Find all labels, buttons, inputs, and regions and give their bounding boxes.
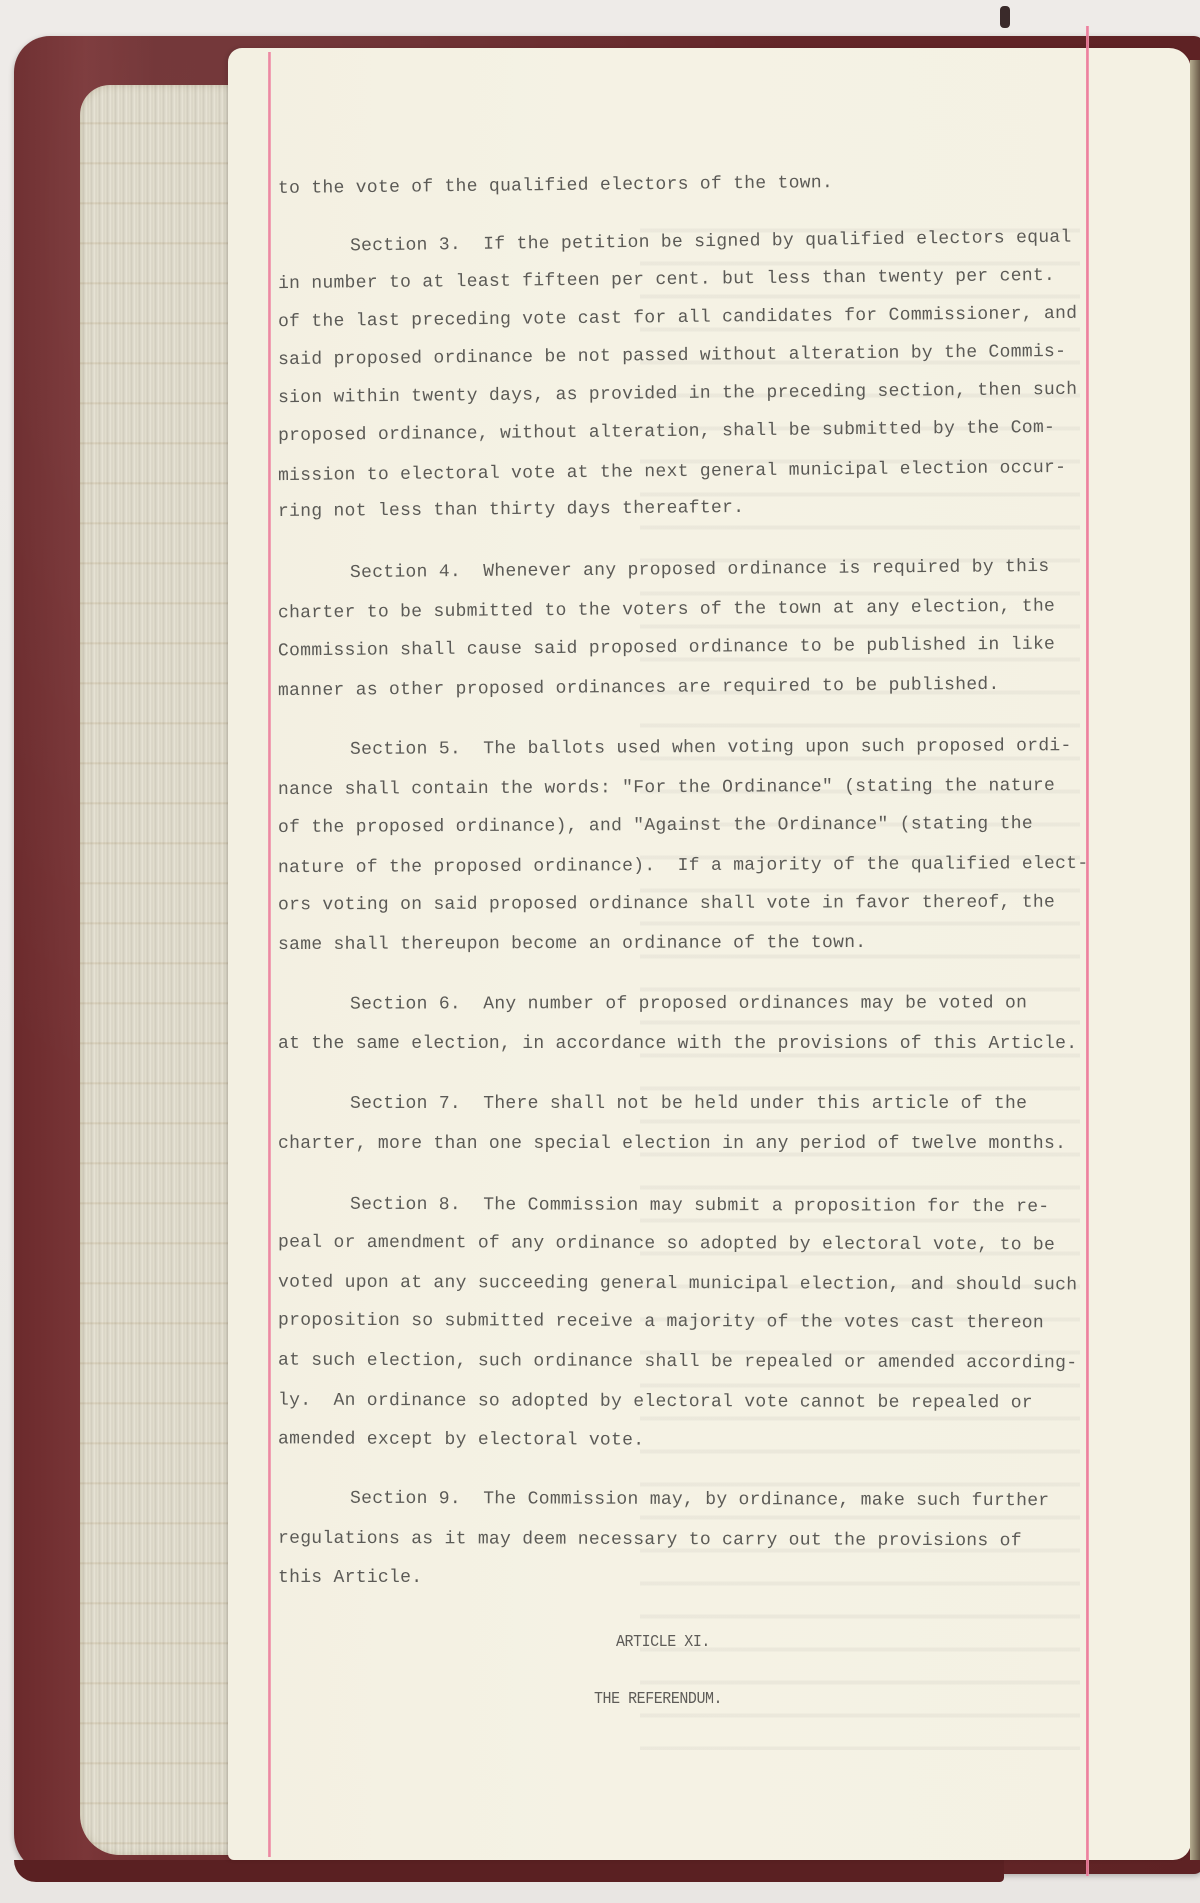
section-7-first-line: Section 7. There shall not be held under… [350, 1094, 1027, 1114]
text-line: regulations as it may deem necessary to … [278, 1529, 1022, 1552]
cover-bottom-edge [14, 1860, 1004, 1882]
text-line: ring not less than thirty days thereafte… [278, 498, 744, 522]
text-line: charter, more than one special election … [278, 1134, 1066, 1154]
text-line: nance shall contain the words: "For the … [278, 776, 1055, 800]
text-line: this Article. [278, 1568, 422, 1588]
section-8-first-line: Section 8. The Commission may submit a p… [350, 1195, 1049, 1217]
right-margin-rule [1086, 26, 1089, 1876]
section-5-first-line: Section 5. The ballots used when voting … [350, 736, 1072, 760]
section-6-first-line: Section 6. Any number of proposed ordina… [350, 993, 1027, 1014]
text-line: amended except by electoral vote. [278, 1429, 644, 1450]
text-line: peal or amendment of any ordinance so ad… [278, 1233, 1055, 1256]
text-line: at such election, such ordinance shall b… [278, 1351, 1077, 1374]
text-line: nature of the proposed ordinance). If a … [278, 854, 1089, 878]
text-line: same shall thereupon become an ordinance… [278, 933, 866, 955]
text-line: ors voting on said proposed ordinance sh… [278, 893, 1055, 916]
article-title: THE REFERENDUM. [594, 1690, 722, 1709]
left-margin-rule [268, 52, 271, 1857]
right-page-edge [1190, 60, 1200, 1860]
text-line: voted upon at any succeeding general mun… [278, 1273, 1077, 1296]
text-line: proposition so submitted receive a major… [278, 1311, 1044, 1334]
article-heading: ARTICLE XI. [616, 1633, 710, 1652]
text-line: at the same election, in accordance with… [278, 1034, 1077, 1054]
book-photo: to the vote of the qualified electors of… [0, 0, 1200, 1903]
section-9-first-line: Section 9. The Commission may, by ordina… [350, 1489, 1049, 1511]
text-line: of the proposed ordinance), and "Against… [278, 814, 1033, 838]
book-clasp [1000, 6, 1010, 28]
text-line: ly. An ordinance so adopted by electoral… [278, 1391, 1033, 1414]
